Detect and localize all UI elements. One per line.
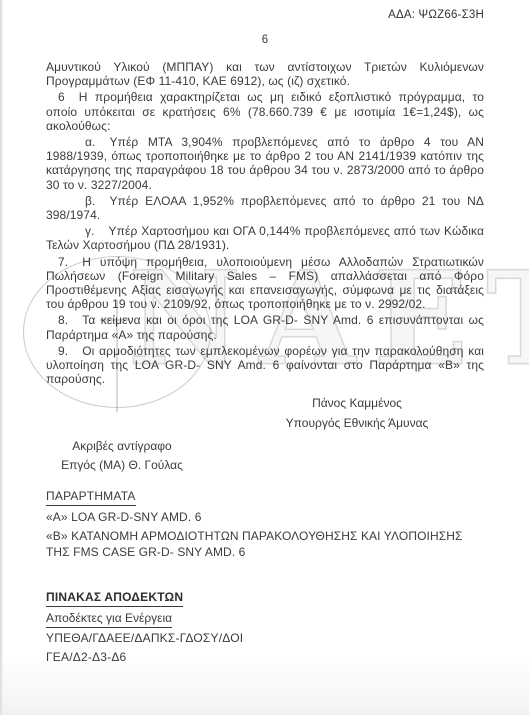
paragraph-number: 8.: [58, 313, 82, 327]
paragraph-7: 7.Η υπόψη προμήθεια, υλοποιούμενη μέσω Α…: [46, 255, 484, 312]
recipients-heading: ΠΙΝΑΚΑΣ ΑΠΟΔΕΚΤΩΝ: [46, 590, 183, 607]
paragraph-text: Η υπόψη προμήθεια, υλοποιούμενη μέσω Αλλ…: [46, 255, 484, 312]
annex-item-a: «Α» LOA GR-D-SNY AMD. 6: [46, 509, 484, 525]
paragraph-number: 7.: [58, 255, 82, 269]
ada-code: ΑΔΑ: ΨΩΖ66-Σ3Η: [46, 0, 484, 21]
recipient-item: ΓΕΑ/Δ2-Δ3-Δ6: [46, 650, 484, 666]
recipients-section: ΠΙΝΑΚΑΣ ΑΠΟΔΕΚΤΩΝ Αποδέκτες για Ενέργεια…: [46, 590, 484, 666]
paragraph-intro: Αμυντικού Υλικού (ΜΠΠΑΥ) και των αντίστο…: [46, 60, 484, 88]
subparagraph-text: Υπέρ Χαρτοσήμου και ΟΓΑ 0,144% προβλεπόμ…: [46, 224, 484, 252]
paragraph-text: Οι αρμοδιότητες των εμπλεκομένων φορέων …: [46, 344, 484, 386]
annex-item-b: «Β» ΚΑΤΑΝΟΜΗ ΑΡΜΟΔΙΟΤΗΤΩΝ ΠΑΡΑΚΟΛΟΥΘΗΣΗΣ…: [46, 528, 484, 560]
subparagraph-text: Υπέρ ΜΤΑ 3,904% προβλεπόμενες από το άρθ…: [46, 135, 484, 192]
paragraph-number: 9.: [58, 344, 82, 358]
subparagraph-letter: γ.: [85, 224, 109, 238]
paragraph-9: 9.Οι αρμοδιότητες των εμπλεκομένων φορέω…: [46, 344, 484, 387]
scan-edge-shadow: [0, 0, 3, 715]
annexes-heading: ΠΑΡΑΡΤΗΜΑΤΑ: [46, 489, 136, 506]
document-page: ΝΑΕΤ ΑΔΑ: ΨΩΖ66-Σ3Η 6 Αμυντικού Υλικού (…: [0, 0, 529, 715]
subparagraph-letter: α.: [85, 135, 109, 149]
certification-block: Ακριβές αντίγραφο Επγός (ΜΑ) Θ. Γούλας: [46, 437, 198, 475]
subparagraph-text: Υπέρ ΕΛΟΑΑ 1,952% προβλεπόμενες από το ά…: [46, 194, 484, 222]
paragraph-text: Η προμήθεια χαρακτηρίζεται ως μη ειδικό …: [46, 90, 484, 132]
paragraph-text: Τα κείμενα και οι όροι της LOA GR-D- SNY…: [46, 313, 484, 341]
page-number: 6: [46, 34, 484, 46]
subparagraph-a: α.Υπέρ ΜΤΑ 3,904% προβλεπόμενες από το ά…: [46, 135, 484, 192]
signature-name: Πάνος Καμμένος: [237, 393, 477, 413]
annexes-section: ΠΑΡΑΡΤΗΜΑΤΑ «Α» LOA GR-D-SNY AMD. 6 «Β» …: [46, 489, 484, 560]
recipient-item: ΥΠΕΘΑ/ΓΔΑΕΕ/ΔΑΠΚΣ-ΓΔΟΣΥ/ΔΟΙ: [46, 631, 484, 647]
signature-block: Πάνος Καμμένος Υπουργός Εθνικής Άμυνας: [237, 393, 477, 433]
certifying-officer: Επγός (ΜΑ) Θ. Γούλας: [46, 456, 198, 475]
page-content: ΑΔΑ: ΨΩΖ66-Σ3Η 6 Αμυντικού Υλικού (ΜΠΠΑΥ…: [46, 0, 484, 666]
recipients-subheading: Αποδέκτες για Ενέργεια: [46, 611, 172, 628]
certification-label: Ακριβές αντίγραφο: [46, 437, 198, 456]
paragraph-6: 6Η προμήθεια χαρακτηρίζεται ως μη ειδικό…: [46, 90, 484, 133]
paragraph-number: 6: [58, 90, 79, 104]
subparagraph-b: β.Υπέρ ΕΛΟΑΑ 1,952% προβλεπόμενες από το…: [46, 194, 484, 222]
paragraph-8: 8.Τα κείμενα και οι όροι της LOA GR-D- S…: [46, 313, 484, 341]
subparagraph-c: γ.Υπέρ Χαρτοσήμου και ΟΓΑ 0,144% προβλεπ…: [46, 224, 484, 252]
subparagraph-letter: β.: [85, 194, 109, 208]
signature-title: Υπουργός Εθνικής Άμυνας: [237, 413, 477, 433]
